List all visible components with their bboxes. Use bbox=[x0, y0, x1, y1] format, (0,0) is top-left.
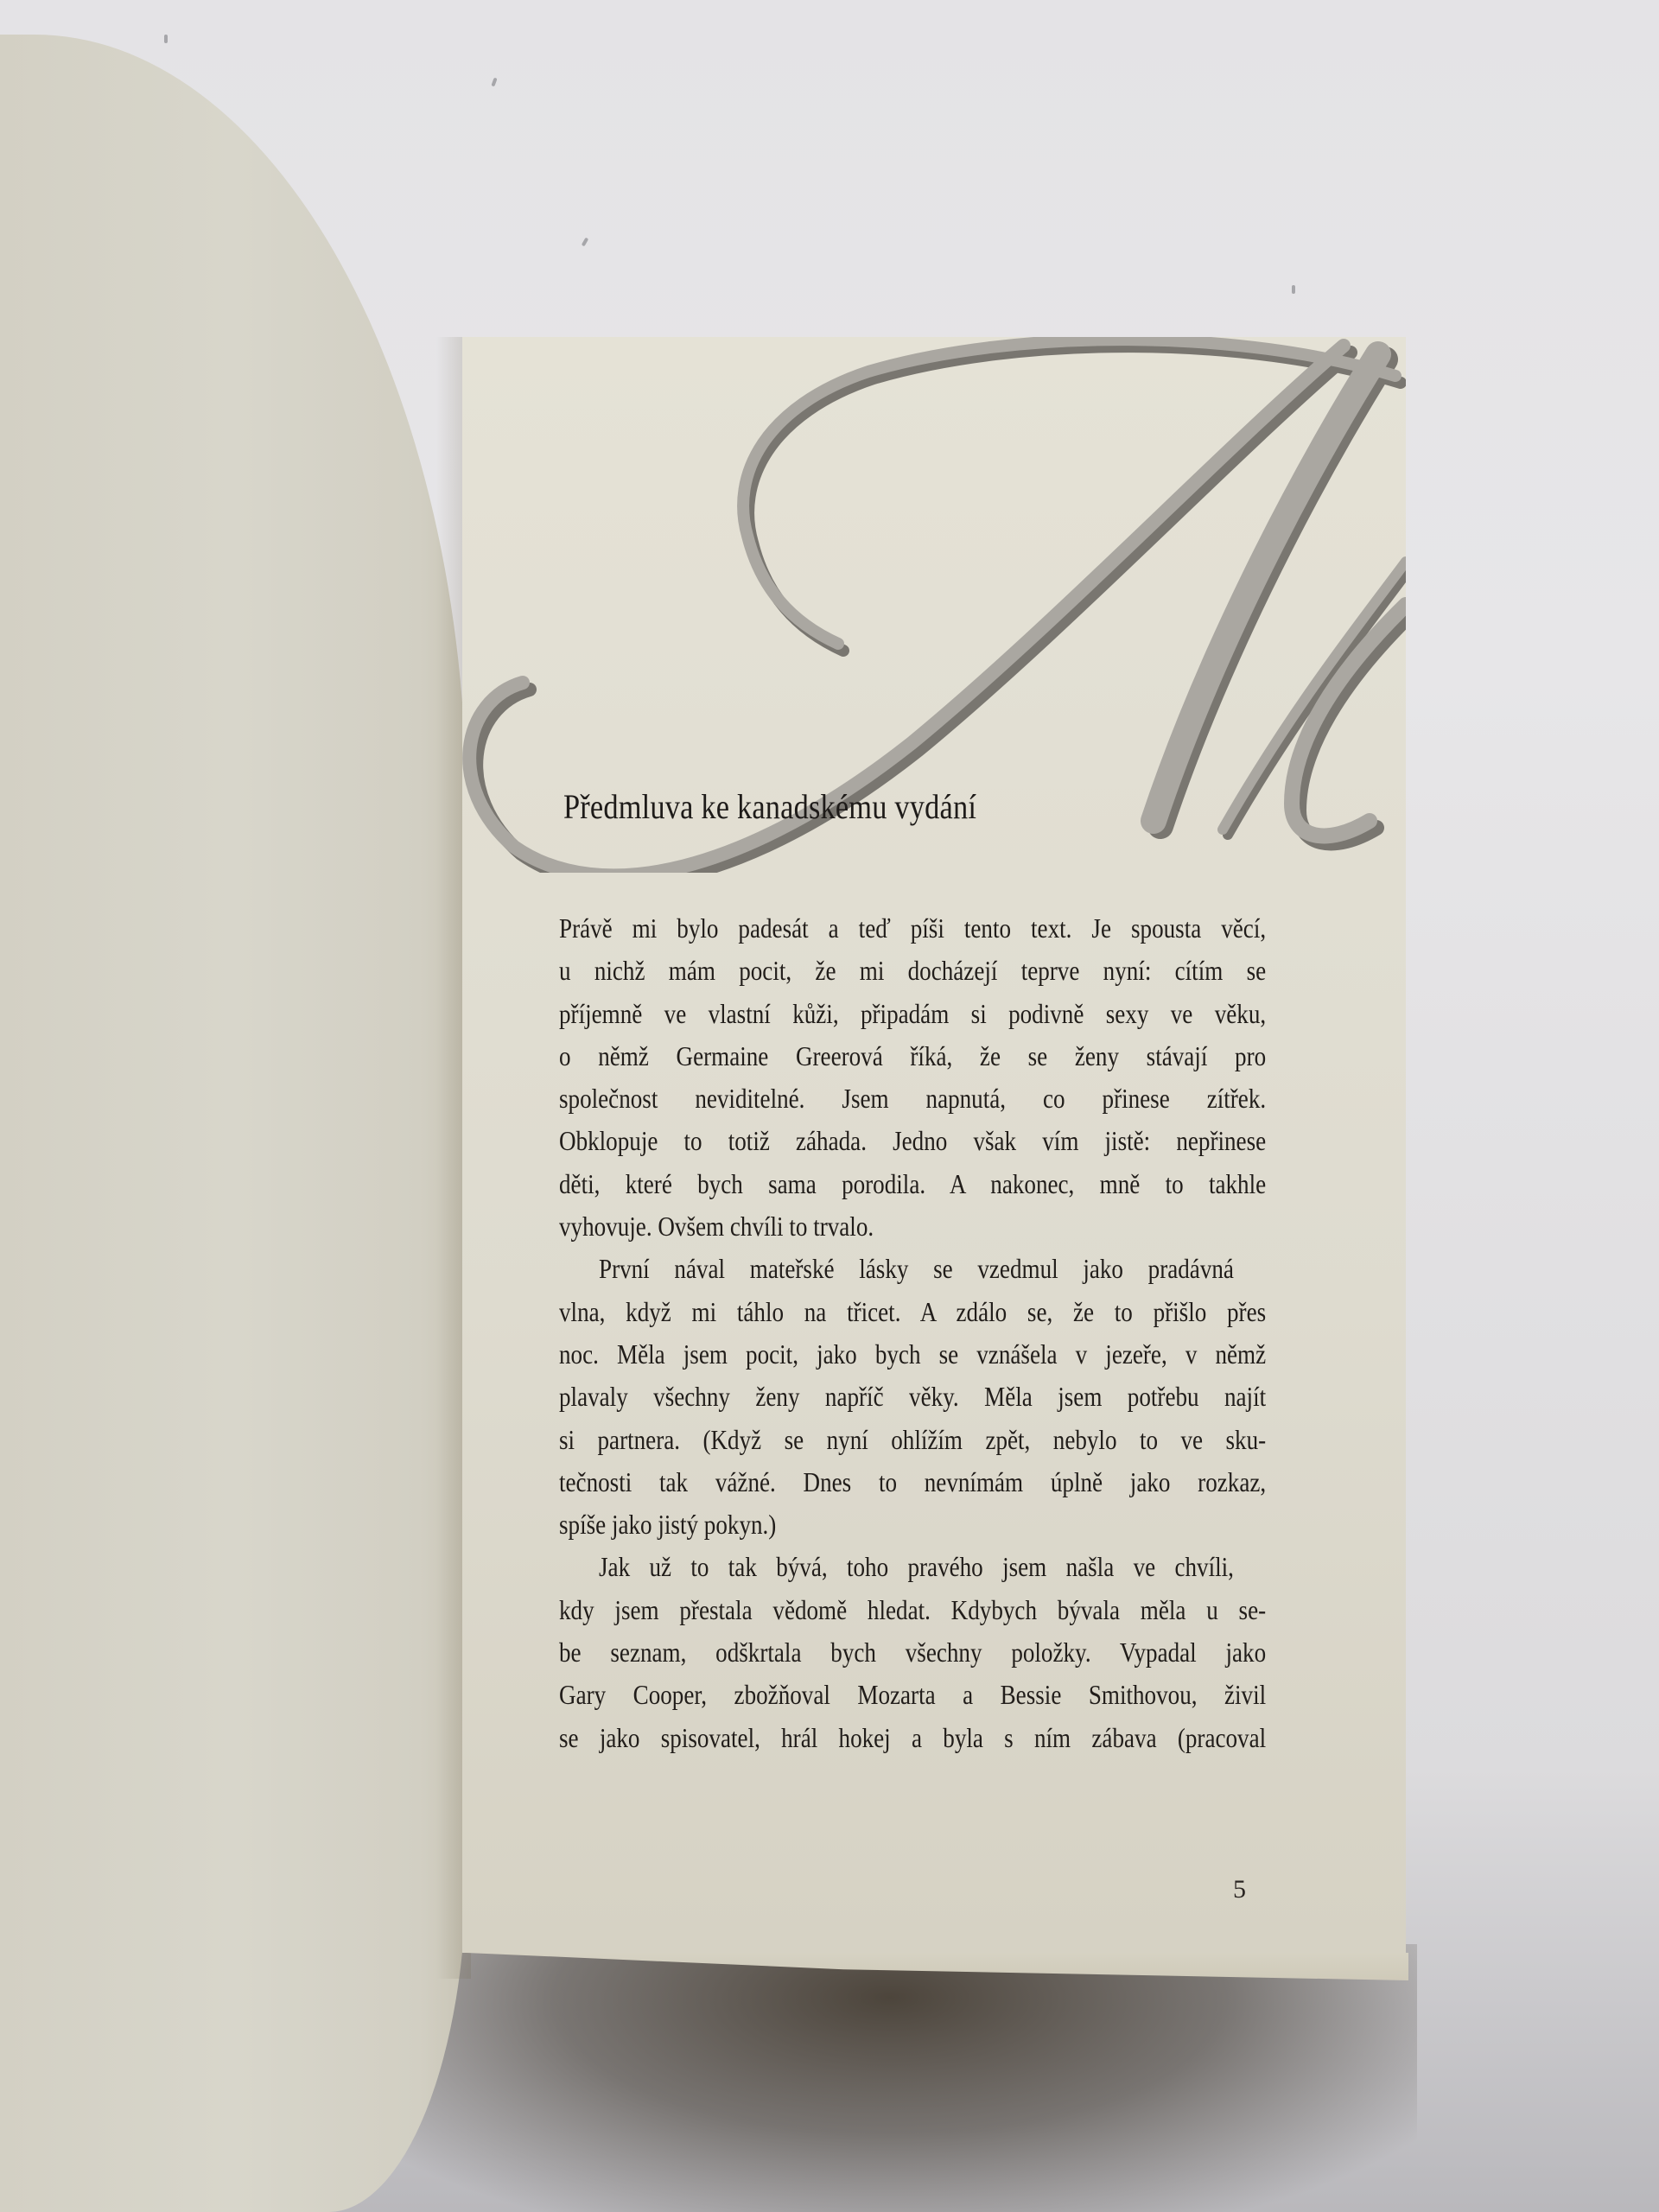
text-line: Právě mi bylo padesát a teď píši tento t… bbox=[559, 907, 1266, 950]
paragraph: První nával mateřské lásky se vzedmul ja… bbox=[559, 1248, 1266, 1546]
dust-speck bbox=[491, 78, 497, 87]
text-line: u nichž mám pocit, že mi docházejí teprv… bbox=[559, 950, 1266, 992]
dust-speck bbox=[164, 35, 168, 43]
book-shadow bbox=[363, 1944, 1417, 2212]
text-line: Obklopuje to totiž záhada. Jedno však ví… bbox=[559, 1120, 1266, 1162]
text-line: noc. Měla jsem pocit, jako bych se vznáš… bbox=[559, 1333, 1266, 1376]
text-line: děti, které bych sama porodila. A nakone… bbox=[559, 1163, 1266, 1205]
text-line: vyhovuje. Ovšem chvíli to trvalo. bbox=[559, 1205, 1266, 1248]
text-line: tečnosti tak vážné. Dnes to nevnímám úpl… bbox=[559, 1461, 1266, 1503]
right-page: Předmluva ke kanadskému vydání Právě mi … bbox=[462, 337, 1406, 1953]
chapter-title: Předmluva ke kanadskému vydání bbox=[563, 786, 976, 827]
dust-speck bbox=[582, 238, 588, 247]
text-line: se jako spisovatel, hrál hokej a byla s … bbox=[559, 1717, 1266, 1759]
text-line: plavaly všechny ženy napříč věky. Měla j… bbox=[559, 1376, 1266, 1418]
text-line: o němž Germaine Greerová říká, že se žen… bbox=[559, 1035, 1266, 1077]
dust-speck bbox=[1292, 285, 1295, 294]
page-number: 5 bbox=[1233, 1875, 1246, 1904]
paragraph: Jak už to tak bývá, toho pravého jsem na… bbox=[559, 1546, 1266, 1758]
text-line: kdy jsem přestala vědomě hledat. Kdybych… bbox=[559, 1589, 1266, 1631]
text-line: společnost neviditelné. Jsem napnutá, co… bbox=[559, 1077, 1266, 1120]
text-line: příjemně ve vlastní kůži, připadám si po… bbox=[559, 993, 1266, 1035]
text-line: be seznam, odškrtala bych všechny položk… bbox=[559, 1631, 1266, 1674]
paragraph: Právě mi bylo padesát a teď píši tento t… bbox=[559, 907, 1266, 1248]
text-line: První nával mateřské lásky se vzedmul ja… bbox=[559, 1248, 1266, 1290]
text-line: vlna, když mi táhlo na třicet. A zdálo s… bbox=[559, 1291, 1266, 1333]
text-line: Gary Cooper, zbožňoval Mozarta a Bessie … bbox=[559, 1674, 1266, 1716]
body-text: Právě mi bylo padesát a teď píši tento t… bbox=[559, 907, 1266, 1759]
left-page bbox=[0, 35, 467, 2212]
text-line: spíše jako jistý pokyn.) bbox=[559, 1503, 1266, 1546]
text-line: Jak už to tak bývá, toho pravého jsem na… bbox=[559, 1546, 1266, 1588]
text-line: si partnera. (Když se nyní ohlížím zpět,… bbox=[559, 1419, 1266, 1461]
